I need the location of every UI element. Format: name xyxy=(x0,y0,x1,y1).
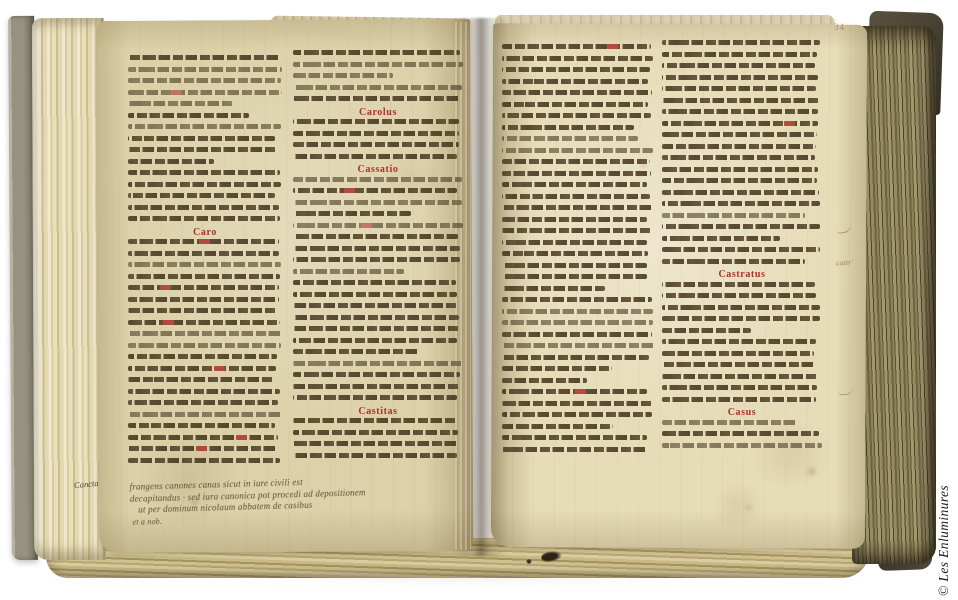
script-line xyxy=(502,125,634,130)
script-line xyxy=(502,251,648,256)
script-line xyxy=(128,435,278,440)
script-line xyxy=(502,205,652,210)
script-line xyxy=(502,194,650,199)
script-line xyxy=(502,366,612,371)
script-line xyxy=(502,182,647,187)
script-line xyxy=(662,201,820,206)
rubric-heading: Castitas xyxy=(293,407,463,417)
script-line xyxy=(502,274,647,279)
script-line xyxy=(293,384,460,389)
script-line xyxy=(128,78,281,83)
script-line xyxy=(128,170,280,175)
folio-number: 34 xyxy=(834,22,845,32)
script-line xyxy=(662,86,816,91)
script-line xyxy=(293,62,463,67)
script-line xyxy=(128,331,281,336)
script-line xyxy=(293,453,457,458)
script-line xyxy=(502,286,605,291)
script-line xyxy=(293,441,458,446)
script-line xyxy=(128,205,279,210)
script-line xyxy=(502,343,654,348)
script-line xyxy=(128,159,214,164)
text-column-left-1: Caro xyxy=(128,55,282,475)
foxing-spot xyxy=(743,503,754,512)
script-line xyxy=(502,159,650,164)
script-line xyxy=(128,320,280,325)
script-line xyxy=(293,292,457,297)
script-line xyxy=(293,234,458,239)
script-line xyxy=(293,200,462,205)
script-line xyxy=(293,326,459,331)
script-line xyxy=(662,190,819,195)
script-line xyxy=(662,121,818,126)
script-line xyxy=(128,182,281,187)
script-line xyxy=(502,401,653,406)
script-line xyxy=(293,315,459,320)
ink-stain-small xyxy=(526,559,532,564)
script-line xyxy=(128,136,275,141)
script-line xyxy=(293,349,420,354)
script-line xyxy=(293,211,411,216)
script-line xyxy=(662,63,815,68)
marginal-side-word: Cancta xyxy=(74,478,99,490)
script-line xyxy=(662,431,819,436)
marginal-annotation: frangens canones canas sicut in iure civ… xyxy=(129,472,476,528)
script-line xyxy=(293,131,459,136)
script-line xyxy=(502,102,648,107)
script-line xyxy=(662,293,816,298)
script-line xyxy=(293,188,457,193)
script-line xyxy=(502,171,651,176)
script-line xyxy=(502,228,652,233)
script-line xyxy=(293,96,460,101)
script-line xyxy=(502,435,647,440)
script-line xyxy=(128,239,279,244)
script-line xyxy=(293,154,457,159)
script-line xyxy=(502,136,638,141)
script-line xyxy=(502,263,647,268)
script-line xyxy=(128,377,274,382)
rubric-heading: Castratus xyxy=(662,270,822,280)
script-line xyxy=(502,355,649,360)
script-line xyxy=(502,447,647,452)
script-line xyxy=(128,262,281,267)
script-line xyxy=(502,320,653,325)
text-column-left-2: CarolusCassatioCastitas xyxy=(293,50,463,466)
script-line xyxy=(662,339,816,344)
script-line xyxy=(128,366,276,371)
script-line xyxy=(128,124,281,129)
script-line xyxy=(662,385,817,390)
rubric-heading: Casus xyxy=(662,408,822,418)
script-line xyxy=(502,148,653,153)
script-line xyxy=(293,395,457,400)
script-line xyxy=(293,257,460,262)
script-line xyxy=(293,338,457,343)
script-line xyxy=(662,213,805,218)
script-line xyxy=(662,259,805,264)
script-line xyxy=(128,285,279,290)
script-line xyxy=(128,193,275,198)
script-line xyxy=(128,67,282,72)
script-line xyxy=(293,85,462,90)
script-line xyxy=(662,305,820,310)
script-line xyxy=(502,44,651,49)
foxing-spot xyxy=(640,162,648,169)
script-line xyxy=(128,308,277,313)
script-line xyxy=(293,246,460,251)
script-line xyxy=(502,217,647,222)
manuscript-photograph: Caro CarolusCassatioCastitas CastratusCa… xyxy=(0,0,958,600)
script-line xyxy=(128,101,233,106)
script-line xyxy=(662,397,816,402)
script-line xyxy=(128,446,277,451)
script-line xyxy=(502,79,648,84)
script-line xyxy=(502,424,613,429)
script-line xyxy=(502,90,652,95)
script-line xyxy=(293,142,459,147)
script-line xyxy=(293,418,457,423)
script-line xyxy=(502,113,651,118)
script-line xyxy=(662,109,818,114)
script-line xyxy=(662,224,820,229)
script-line xyxy=(662,132,817,137)
script-line xyxy=(128,55,279,60)
script-line xyxy=(128,423,275,428)
script-line xyxy=(128,274,280,279)
script-line xyxy=(502,412,652,417)
script-line xyxy=(502,389,647,394)
script-line xyxy=(293,280,456,285)
script-line xyxy=(662,144,816,149)
script-line xyxy=(128,251,279,256)
script-line xyxy=(502,297,652,302)
script-line xyxy=(662,52,817,57)
script-line xyxy=(293,119,459,124)
rubric-heading: Cassatio xyxy=(293,165,463,175)
text-column-right-1 xyxy=(502,44,654,468)
script-line xyxy=(293,372,460,377)
script-line xyxy=(128,458,280,463)
margin-guide-word: castr' xyxy=(836,258,853,268)
script-line xyxy=(293,430,458,435)
script-line xyxy=(662,316,820,321)
script-line xyxy=(662,167,818,172)
script-line xyxy=(662,443,822,448)
script-line xyxy=(502,67,650,72)
script-line xyxy=(662,40,820,45)
script-line xyxy=(662,362,814,367)
script-line xyxy=(293,303,457,308)
script-line xyxy=(293,361,463,366)
script-line xyxy=(128,354,277,359)
script-line xyxy=(662,155,815,160)
text-column-right-2: CastratusCasus xyxy=(662,40,822,464)
script-line xyxy=(662,98,819,103)
script-line xyxy=(293,223,463,228)
photo-credit: © Les Enluminures xyxy=(936,436,952,596)
script-line xyxy=(662,328,751,333)
script-line xyxy=(502,378,587,383)
script-line xyxy=(662,178,817,183)
script-line xyxy=(662,75,818,80)
script-line xyxy=(293,177,462,182)
foxing-spot xyxy=(188,498,201,507)
script-line xyxy=(662,351,814,356)
script-line xyxy=(128,400,278,405)
script-line xyxy=(662,247,820,252)
script-line xyxy=(502,332,652,337)
script-line xyxy=(293,50,460,55)
script-line xyxy=(502,309,653,314)
script-line xyxy=(128,90,282,95)
script-line xyxy=(128,343,281,348)
script-line xyxy=(662,374,818,379)
rubric-heading: Carolus xyxy=(293,108,463,118)
script-line xyxy=(293,73,393,78)
rubric-heading: Caro xyxy=(128,228,282,238)
script-line xyxy=(662,236,780,241)
script-line xyxy=(128,113,249,118)
script-line xyxy=(662,420,798,425)
script-line xyxy=(128,389,280,394)
script-line xyxy=(128,216,280,221)
script-line xyxy=(128,147,276,152)
foxing-spot xyxy=(804,466,819,477)
script-line xyxy=(293,269,404,274)
script-line xyxy=(128,412,281,417)
script-line xyxy=(502,56,653,61)
script-line xyxy=(502,240,647,245)
script-line xyxy=(662,282,815,287)
script-line xyxy=(128,297,279,302)
